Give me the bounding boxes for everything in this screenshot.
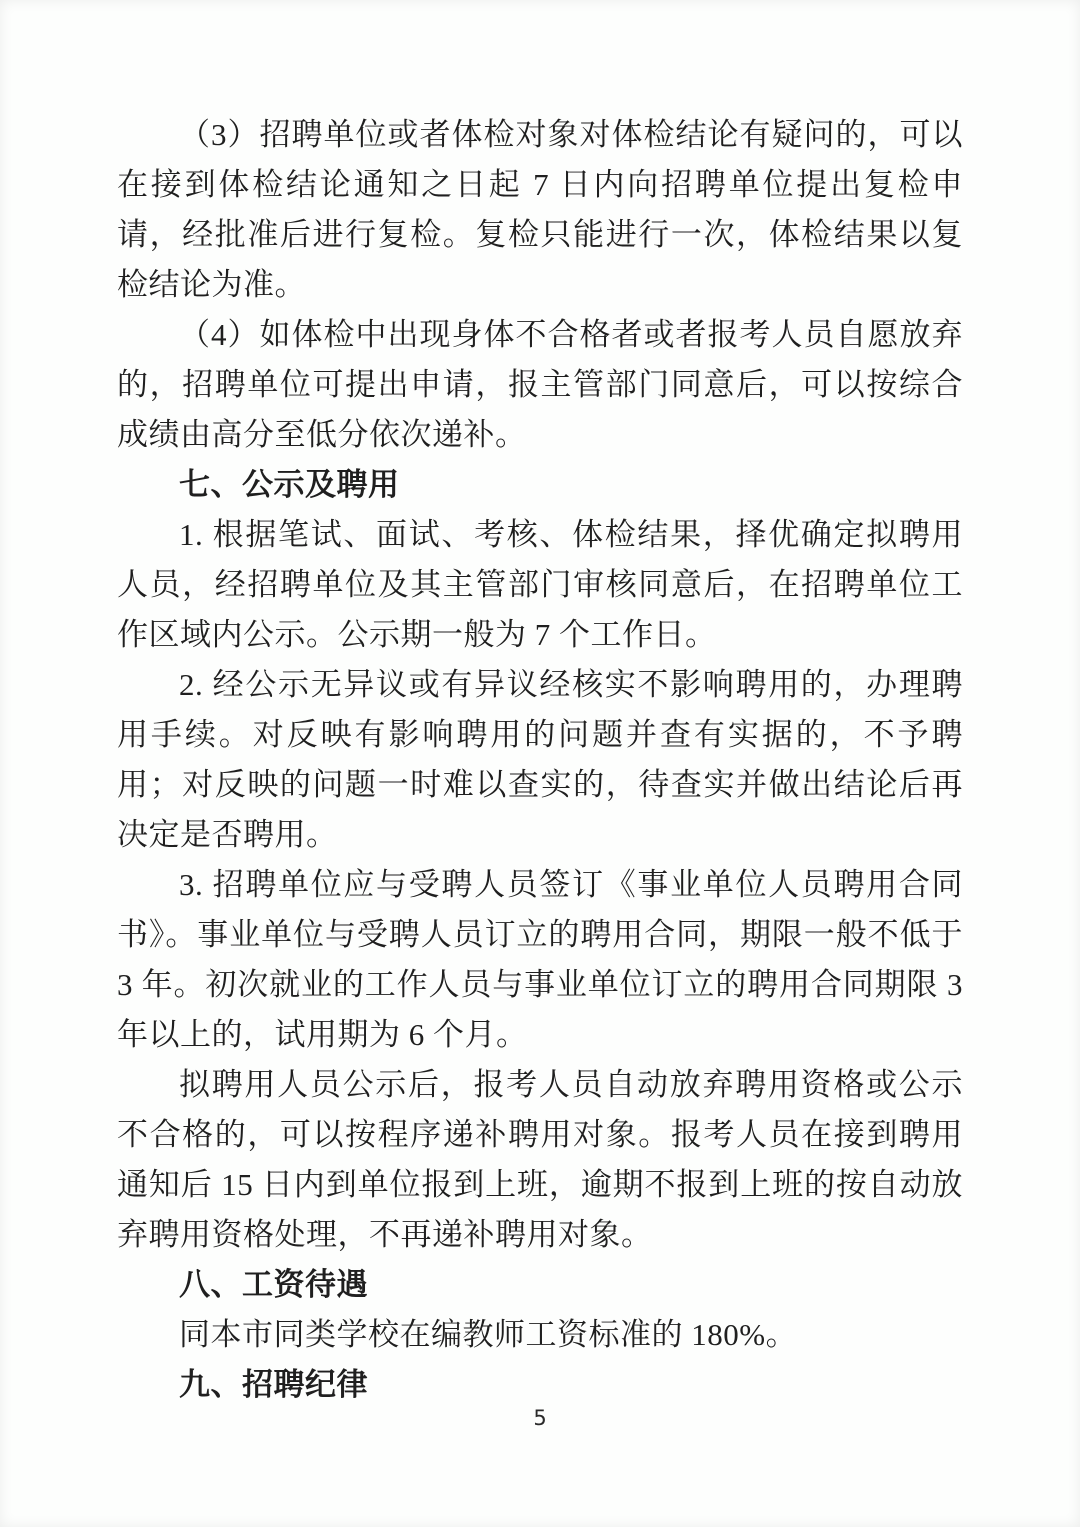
- page-content: （3）招聘单位或者体检对象对体检结论有疑问的，可以在接到体检结论通知之日起 7 …: [117, 110, 963, 1410]
- paragraph-item-4: （4）如体检中出现身体不合格者或者报考人员自愿放弃的，招聘单位可提出申请，报主管…: [117, 310, 963, 460]
- paragraph-7-supplement: 拟聘用人员公示后，报考人员自动放弃聘用资格或公示不合格的，可以按程序递补聘用对象…: [117, 1060, 963, 1260]
- paragraph-7-2: 2. 经公示无异议或有异议经核实不影响聘用的，办理聘用手续。对反映有影响聘用的问…: [117, 660, 963, 860]
- paragraph-7-1: 1. 根据笔试、面试、考核、体检结果，择优确定拟聘用人员，经招聘单位及其主管部门…: [117, 510, 963, 660]
- section-heading-7: 七、公示及聘用: [117, 460, 963, 510]
- paragraph-item-3: （3）招聘单位或者体检对象对体检结论有疑问的，可以在接到体检结论通知之日起 7 …: [117, 110, 963, 310]
- page-number: 5: [0, 1405, 1080, 1431]
- section-heading-9: 九、招聘纪律: [117, 1360, 963, 1410]
- document-page: （3）招聘单位或者体检对象对体检结论有疑问的，可以在接到体检结论通知之日起 7 …: [0, 0, 1080, 1527]
- section-heading-8: 八、工资待遇: [117, 1260, 963, 1310]
- paragraph-8-1: 同本市同类学校在编教师工资标准的 180%。: [117, 1310, 963, 1360]
- paragraph-7-3: 3. 招聘单位应与受聘人员签订《事业单位人员聘用合同书》。事业单位与受聘人员订立…: [117, 860, 963, 1060]
